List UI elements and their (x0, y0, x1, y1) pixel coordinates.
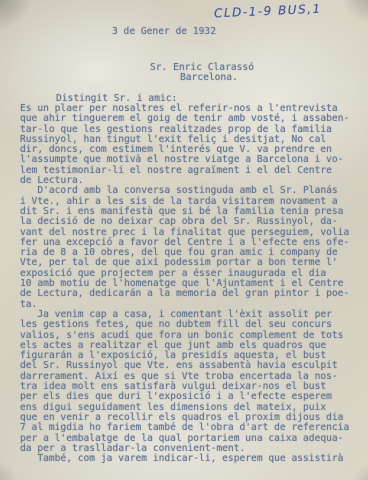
handwritten-annotation: CLD-1-9 BUS,1 (214, 2, 322, 21)
recipient-city: Barcelona. (180, 73, 238, 83)
letter-line: les gestions fetes, que no dubtem fill d… (20, 320, 349, 330)
letter-line: de Lectura, dedicarán a la memoria del g… (20, 289, 349, 299)
letter-body: Es un plaer per nosaltres el referir-nos… (20, 104, 349, 464)
letter-scan: CLD-1-9 BUS,1 3 de Gener de 1932 Sr. Enr… (0, 0, 368, 480)
letter-line: 7 al migdia ho fariem també de l'obra d'… (20, 423, 349, 433)
letter-date: 3 de Gener de 1932 (112, 27, 216, 37)
letter-line: També, com ja varem indicar-li, esperem … (20, 454, 349, 464)
